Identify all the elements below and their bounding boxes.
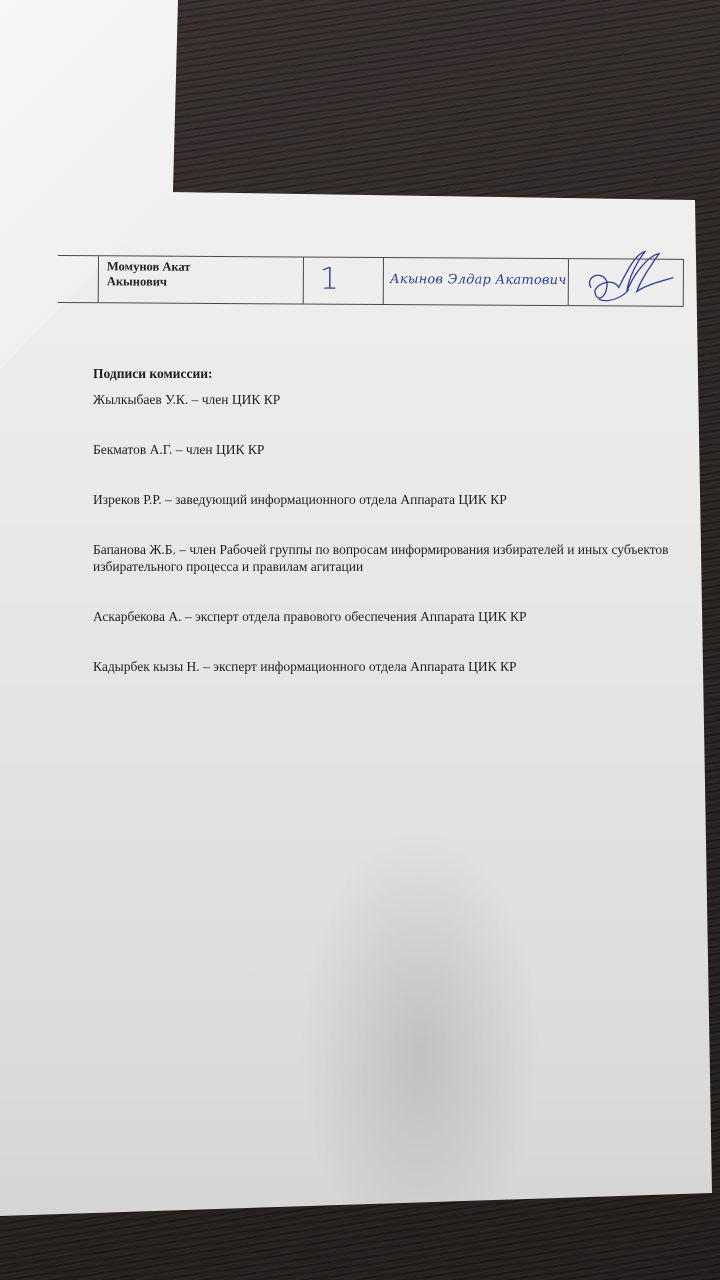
commission-member: Бапанова Ж.Б. – член Рабочей группы по в… xyxy=(93,541,693,575)
number-cell: 1 xyxy=(303,257,383,303)
commission-member: Аскарбекова А. – эксперт отдела правовог… xyxy=(93,608,693,625)
commission-member: Изреков Р.Р. – заведующий информационног… xyxy=(93,491,693,508)
commission-member: Жылкыбаев У.К. – член ЦИК КР xyxy=(93,391,693,408)
handwritten-number: 1 xyxy=(320,262,339,297)
commission-member: Кадырбек кызы Н. – эксперт информационно… xyxy=(93,658,693,675)
signature-table-row: Момунов Акат Акынович 1 Акынов Элдар Ака… xyxy=(58,255,684,307)
name-cell: Момунов Акат Акынович xyxy=(98,256,303,303)
signature-icon xyxy=(579,247,679,312)
handwritten-name-cell: Акынов Элдар Акатович xyxy=(383,258,568,305)
handwritten-name: Акынов Элдар Акатович xyxy=(390,272,567,288)
full-name: Момунов Акат Акынович xyxy=(107,259,191,290)
commission-signatures: Подписи комиссии: Жылкыбаев У.К. – член … xyxy=(93,365,693,708)
commission-member: Бекматов А.Г. – член ЦИК КР xyxy=(93,441,693,458)
commission-heading: Подписи комиссии: xyxy=(93,365,693,382)
signature-cell xyxy=(568,259,684,306)
